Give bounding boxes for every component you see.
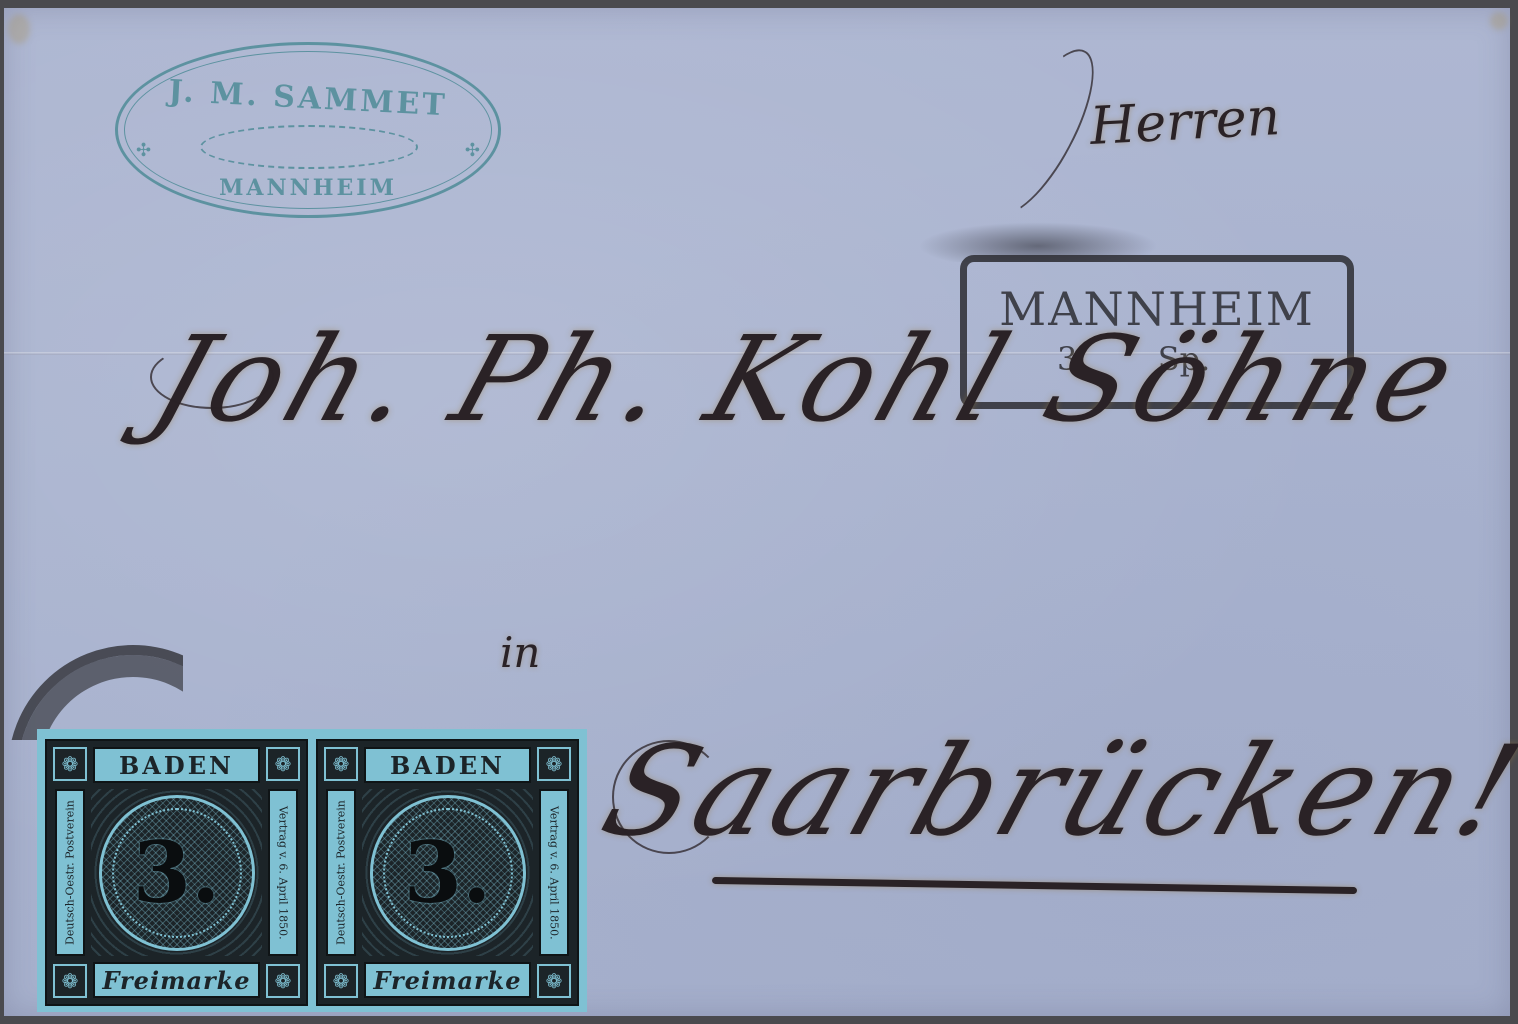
rosette-icon: ❁	[53, 964, 87, 998]
stamp-right-inscription: Vertrag v. 6. April 1850.	[539, 789, 569, 956]
rosette-icon: ❁	[324, 747, 358, 781]
stamp-value: 3.	[133, 823, 221, 922]
stamp-medallion: 3.	[99, 795, 255, 951]
stamp-pair: ❁ ❁ ❁ ❁ BADEN Deutsch-Oestr. Postverein …	[37, 729, 587, 1012]
stamp-label: Freimarke	[364, 962, 531, 998]
destination-city-handwriting: Saarbrücken!	[587, 720, 1518, 864]
stamp-value: 3.	[404, 823, 492, 922]
city-flourish	[612, 740, 726, 854]
cachet-inner-oval	[200, 125, 418, 169]
cachet-ornament-icon: ✣	[136, 140, 151, 161]
stamp-right-inscription: Vertrag v. 6. April 1850.	[268, 789, 298, 956]
rosette-icon: ❁	[537, 747, 571, 781]
rosette-icon: ❁	[266, 747, 300, 781]
preposition-handwriting: in	[500, 628, 540, 677]
rosette-icon: ❁	[53, 747, 87, 781]
addressee-handwriting: Joh. Ph. Kohl Söhne	[138, 310, 1478, 448]
sender-cachet: J. M. SAMMET ✣ ✣ MANNHEIM	[115, 42, 501, 218]
rosette-icon: ❁	[537, 964, 571, 998]
stamp-country: BADEN	[364, 747, 531, 783]
stamp: ❁ ❁ ❁ ❁ BADEN Deutsch-Oestr. Postverein …	[316, 739, 579, 1006]
salutation-handwriting: Herren	[1089, 87, 1282, 157]
stamp-left-inscription: Deutsch-Oestr. Postverein	[55, 789, 85, 956]
stamp-left-inscription: Deutsch-Oestr. Postverein	[326, 789, 356, 956]
foxing-stain	[8, 14, 30, 44]
cachet-ornament-icon: ✣	[465, 140, 480, 161]
cachet-town: MANNHEIM	[118, 175, 498, 201]
rosette-icon: ❁	[324, 964, 358, 998]
cachet-sender-name: J. M. SAMMET	[117, 71, 498, 126]
stamp-label: Freimarke	[93, 962, 260, 998]
stamp-medallion: 3.	[370, 795, 526, 951]
stamp: ❁ ❁ ❁ ❁ BADEN Deutsch-Oestr. Postverein …	[45, 739, 308, 1006]
rosette-icon: ❁	[266, 964, 300, 998]
addressee-flourish	[150, 345, 274, 409]
foxing-stain	[1490, 12, 1508, 30]
stamp-country: BADEN	[93, 747, 260, 783]
